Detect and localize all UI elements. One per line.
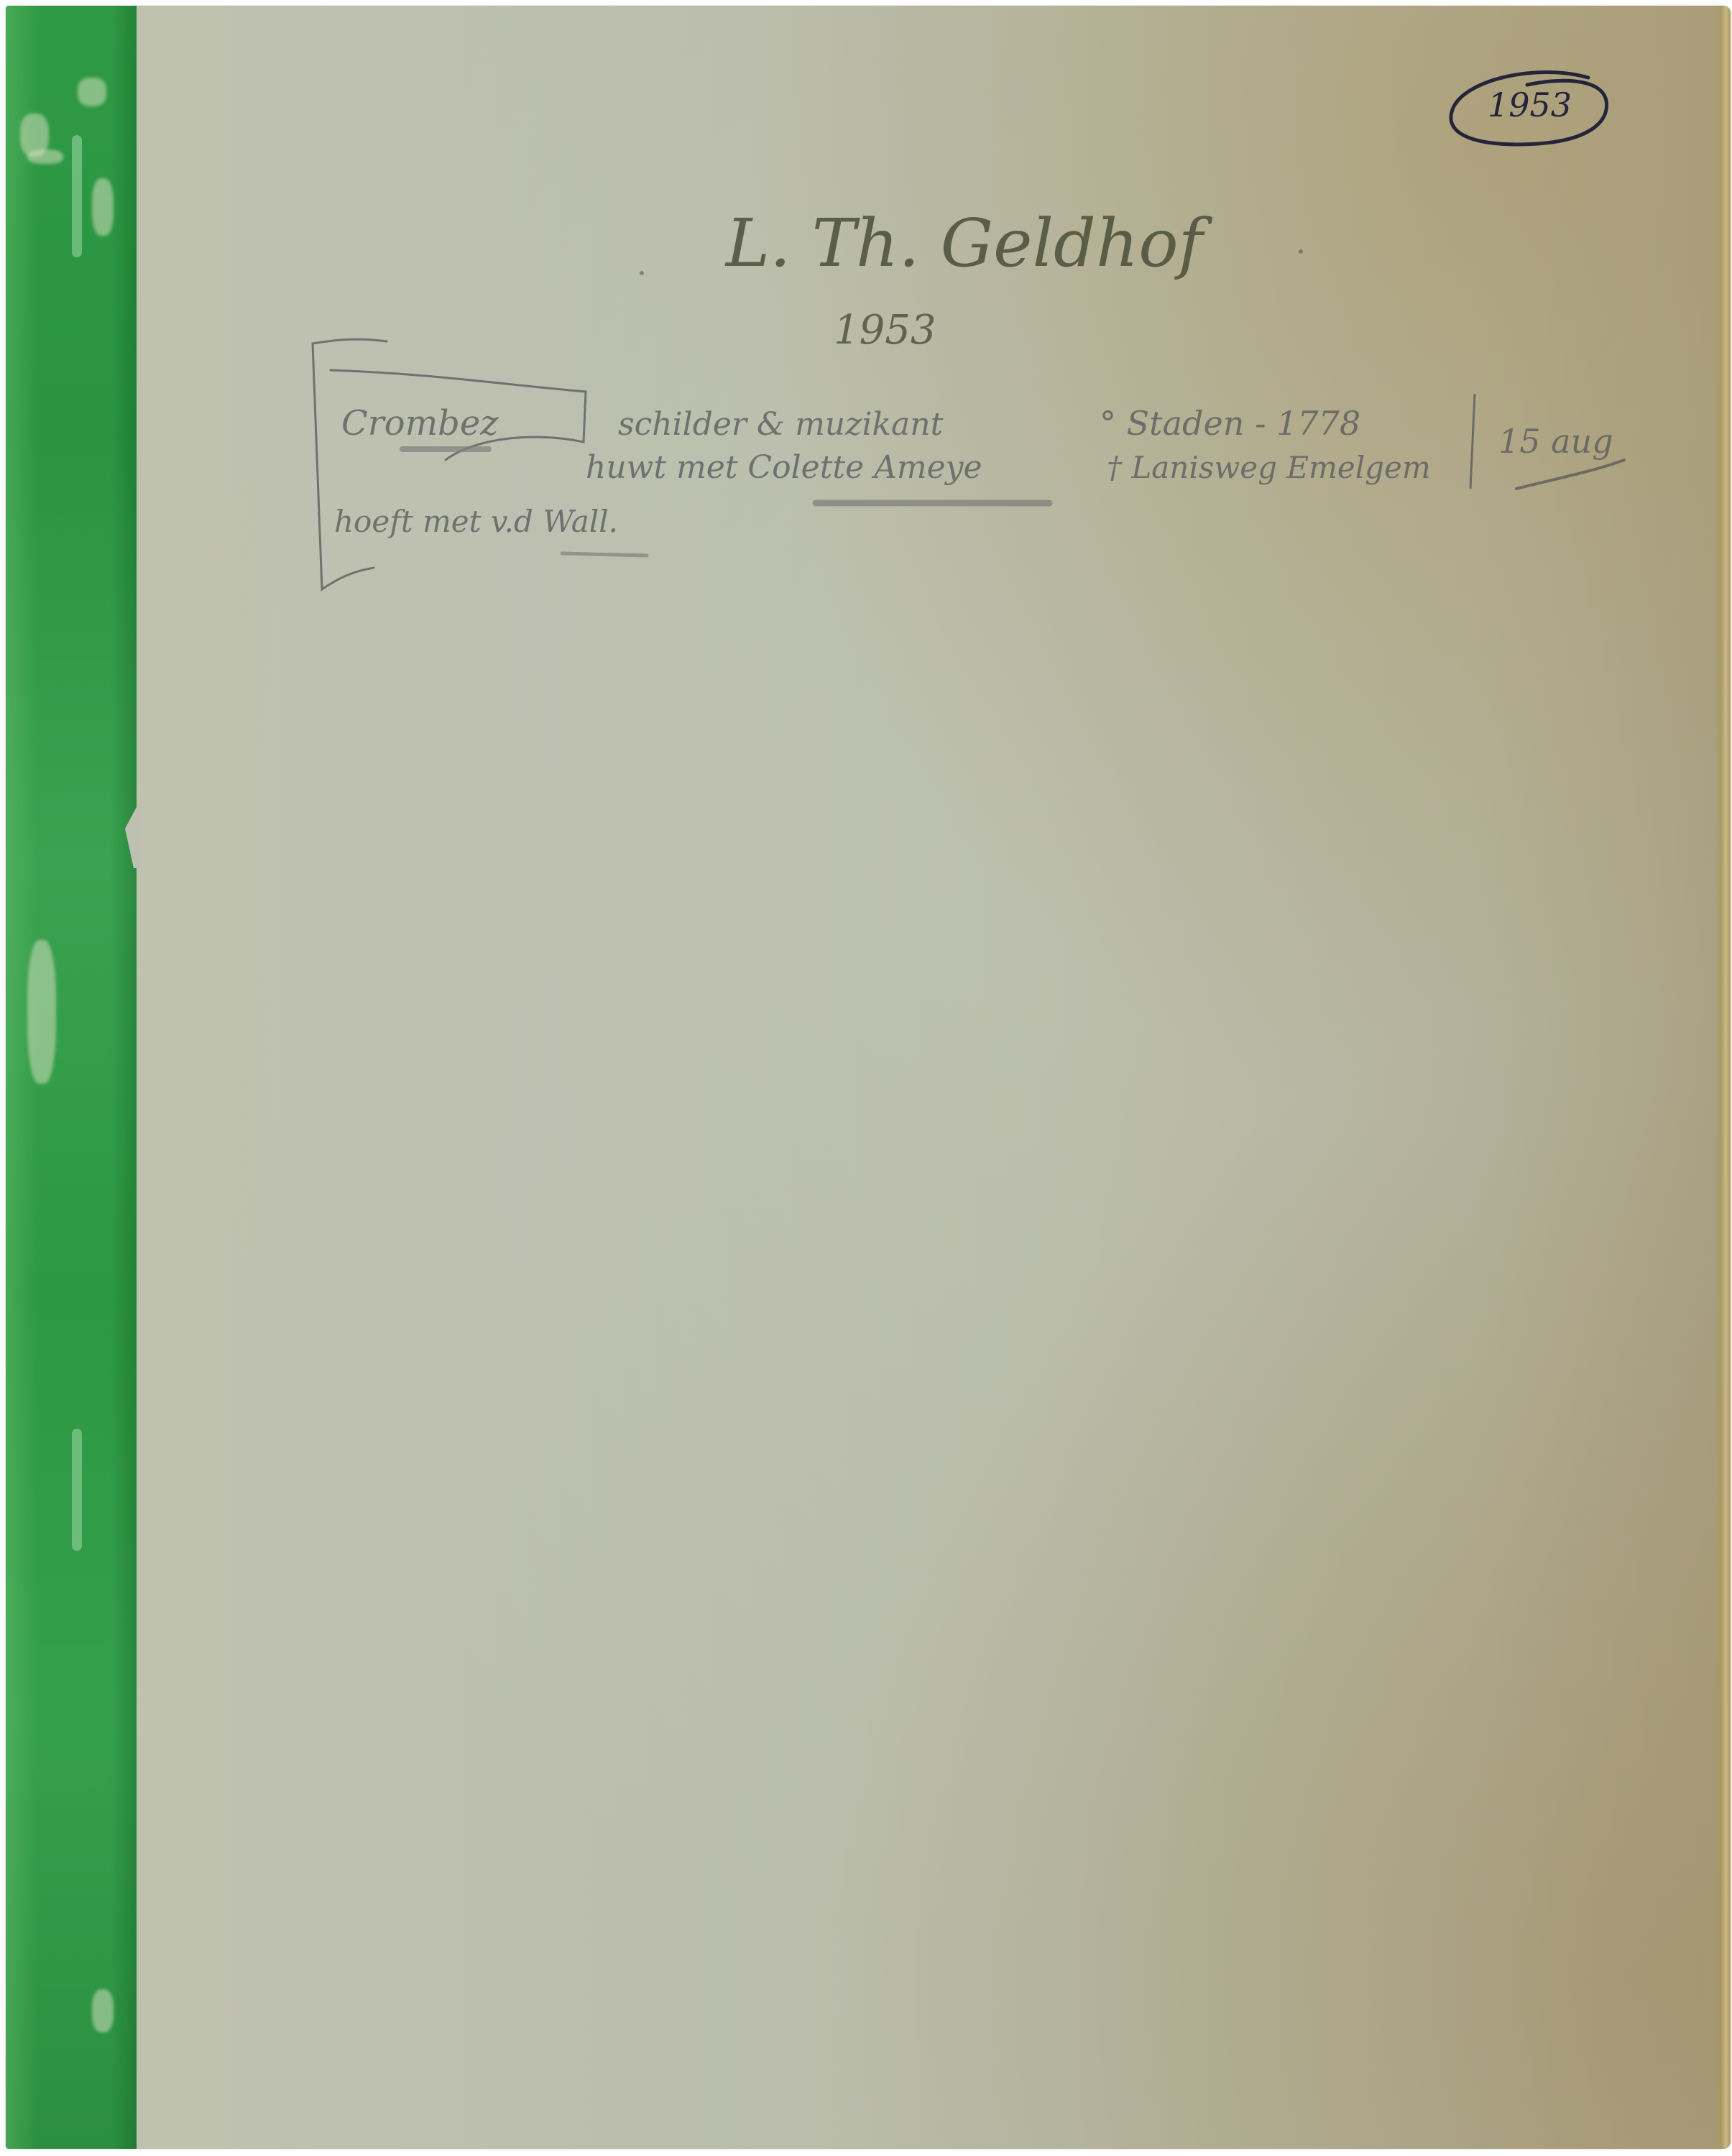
notebook-cover bbox=[6, 6, 1731, 2149]
tape-wear-mark bbox=[27, 149, 63, 164]
staple-mark bbox=[72, 135, 82, 257]
green-spine-tape bbox=[6, 6, 137, 2149]
tape-wear-mark bbox=[78, 78, 106, 106]
tape-wear-mark bbox=[92, 1989, 114, 2032]
tape-wear-mark bbox=[27, 940, 56, 1084]
tape-wear-mark bbox=[92, 178, 114, 236]
cover-edge bbox=[1715, 6, 1731, 2149]
tape-tear-notch bbox=[114, 796, 142, 868]
staple-mark bbox=[72, 1429, 82, 1551]
